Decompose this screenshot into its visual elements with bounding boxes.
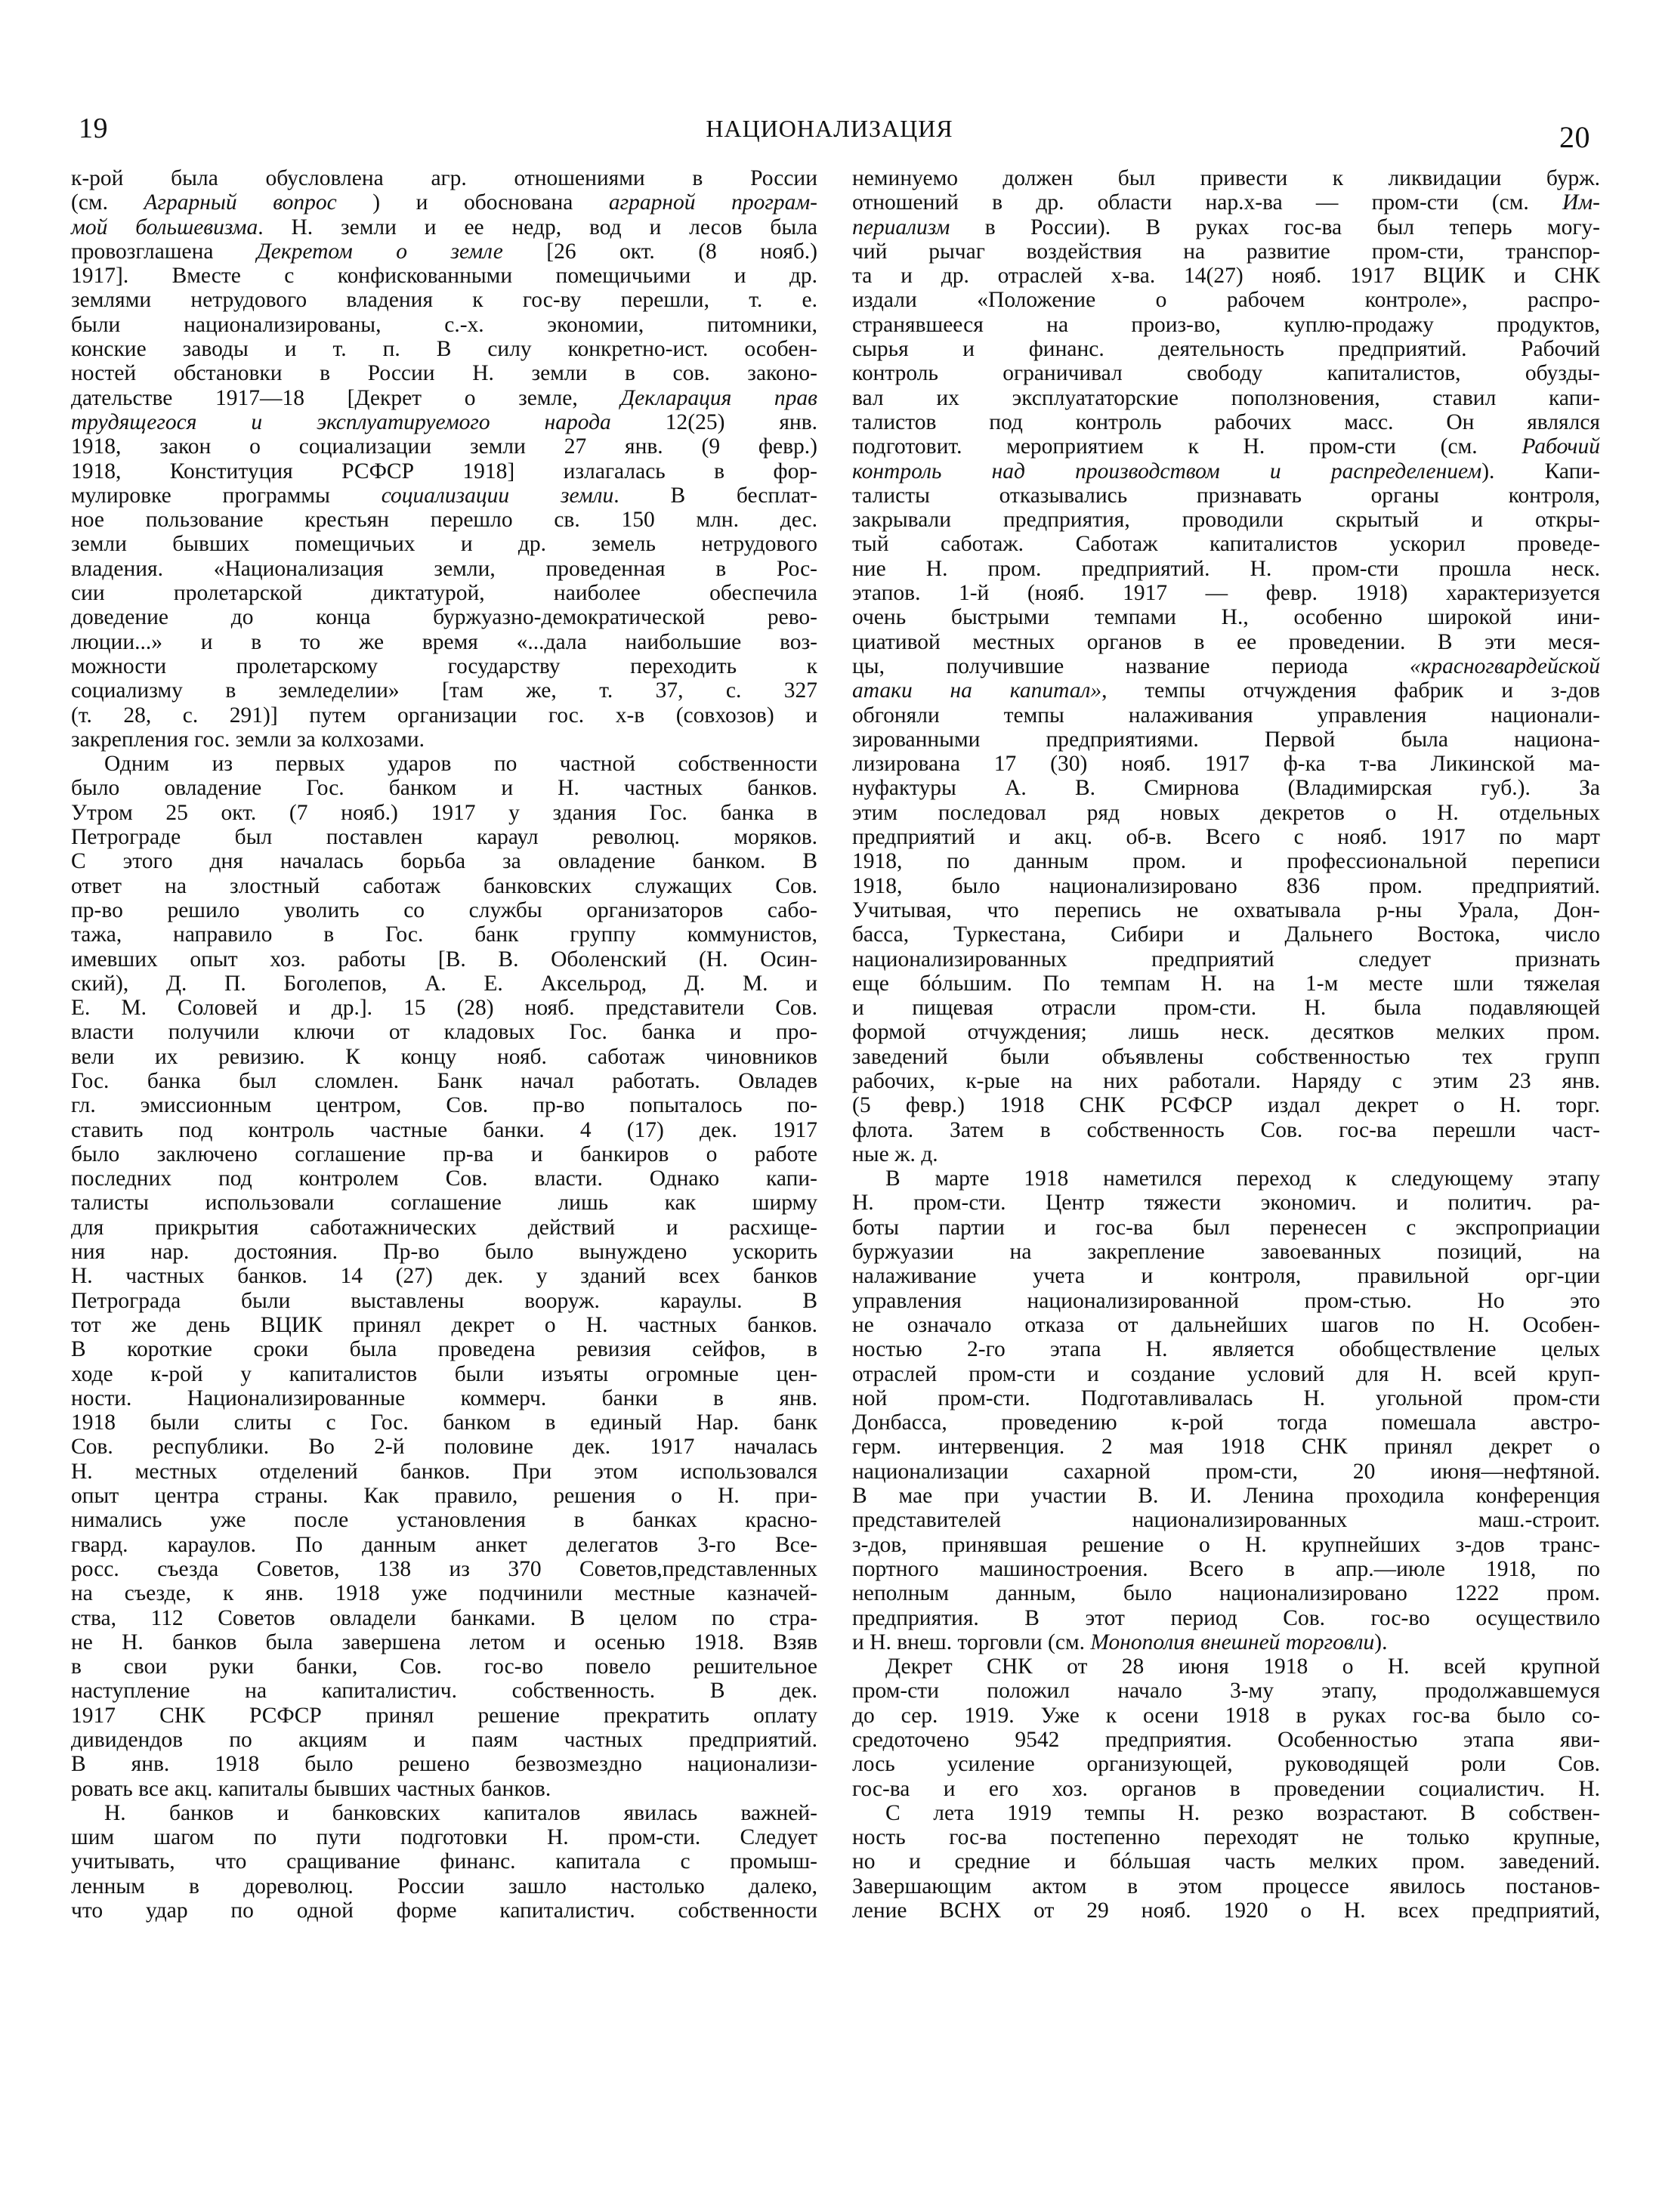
text-line: боты партии и гос-ва был перенесен с экс… xyxy=(852,1216,1600,1240)
text-line: шим шагом по пути подготовки Н. пром-сти… xyxy=(71,1825,817,1849)
text-line: но и средние и бóльшая часть мелких пром… xyxy=(852,1849,1600,1874)
text-line: в свои руки банки, Сов. гос-во повело ре… xyxy=(71,1654,817,1679)
text-line: закрепления гос. земли за колхозами. xyxy=(71,728,817,752)
text-line: Завершающим актом в этом процессе явилос… xyxy=(852,1874,1600,1898)
text-line: С этого дня началась борьба за овладение… xyxy=(71,849,817,873)
text-line: Гос. банка был сломлен. Банк начал работ… xyxy=(71,1069,817,1093)
text-line: контроль ограничивал свободу капиталисто… xyxy=(852,361,1600,385)
text-line: рабочих, к-рые на них работали. Наряду с… xyxy=(852,1069,1600,1093)
text-line: ные ж. д. xyxy=(852,1142,1600,1166)
text-line: и Н. внеш. торговли (см. Монополия внешн… xyxy=(852,1630,1600,1654)
text-line: предприятий и акц. об-в. Всего с нояб. 1… xyxy=(852,825,1600,849)
text-line: ния нар. достояния. Пр-во было вынуждено… xyxy=(71,1240,817,1264)
text-line: средоточено 9542 предприятия. Особенност… xyxy=(852,1728,1600,1752)
text-line: до сер. 1919. Уже к осени 1918 в руках г… xyxy=(852,1704,1600,1728)
text-line: ленным в дореволюц. России зашло настоль… xyxy=(71,1874,817,1898)
text-line: росс. съезда Советов, 138 из 370 Советов… xyxy=(71,1557,817,1581)
text-line: 1918 были слиты с Гос. банком в единый Н… xyxy=(71,1410,817,1435)
text-line: Донбасса, проведению к-рой тогда помешал… xyxy=(852,1410,1600,1435)
text-line: з-дов, принявшая решение о Н. крупнейших… xyxy=(852,1533,1600,1557)
text-line: Декрет СНК от 28 июня 1918 о Н. всей кру… xyxy=(852,1654,1600,1679)
text-line: неминуемо должен был привести к ликвидац… xyxy=(852,166,1600,190)
text-line: издали «Положение о рабочем контроле», р… xyxy=(852,288,1600,312)
text-line: 1918, по данным пром. и профессиональной… xyxy=(852,849,1600,873)
text-line: мой большевизма. Н. земли и ее недр, вод… xyxy=(71,215,817,239)
text-line: управления национализированной пром-стью… xyxy=(852,1289,1600,1313)
text-line: буржуазии на закрепление завоеванных поз… xyxy=(852,1240,1600,1264)
text-line: этапов. 1-й (нояб. 1917 — февр. 1918) ха… xyxy=(852,581,1600,605)
text-line: вал их эксплуататорские поползновения, с… xyxy=(852,386,1600,410)
text-line: люции...» и в то же время «...дала наибо… xyxy=(71,630,817,654)
text-line: трудящегося и эксплуатируемого народа 12… xyxy=(71,410,817,434)
text-line: ровать все акц. капиталы бывших частных … xyxy=(71,1777,817,1801)
text-line: контроль над производством и распределен… xyxy=(852,459,1600,483)
text-line: неполным данным, было национализировано … xyxy=(852,1581,1600,1605)
text-line: (т. 28, с. 291)] путем организации гос. … xyxy=(71,703,817,728)
text-line: можности пролетарскому государству перех… xyxy=(71,654,817,678)
text-line: Н. банков и банковских капиталов явилась… xyxy=(71,1801,817,1825)
text-line: имевших опыт хоз. работы [В. В. Оболенск… xyxy=(71,947,817,972)
text-line: периализм в России). В руках гос-ва был … xyxy=(852,215,1600,239)
text-line: флота. Затем в собственность Сов. гос-ва… xyxy=(852,1118,1600,1142)
text-line: сии пролетарской диктатурой, наиболее об… xyxy=(71,581,817,605)
text-line: ности. Национализированные коммерч. банк… xyxy=(71,1386,817,1410)
text-line: национализированных предприятий следует … xyxy=(852,947,1600,972)
text-line: мулировке программы социализации земли. … xyxy=(71,483,817,508)
text-line: ление ВСНХ от 29 нояб. 1920 о Н. всех пр… xyxy=(852,1898,1600,1923)
text-line: ходе к-рой у капиталистов были изъяты ог… xyxy=(71,1362,817,1386)
text-line: доведение до конца буржуазно-демократиче… xyxy=(71,605,817,629)
text-line: конские заводы и т. п. В силу конкретно-… xyxy=(71,337,817,361)
cross-reference-term: атаки на капитал» xyxy=(852,678,1101,703)
text-line: были национализированы, с.-х. экономии, … xyxy=(71,313,817,337)
text-line: Е. М. Соловей и др.]. 15 (28) нояб. пред… xyxy=(71,996,817,1020)
cross-reference-term: мой большевизма xyxy=(71,215,258,239)
text-line: Петрограде был поставлен караул революц.… xyxy=(71,825,817,849)
text-line: В короткие сроки была проведена ревизия … xyxy=(71,1337,817,1361)
text-line: ние Н. пром. предприятий. Н. пром-сти пр… xyxy=(852,557,1600,581)
text-line: налаживание учета и контроля, правильной… xyxy=(852,1264,1600,1288)
page-number-right: 20 xyxy=(1559,122,1590,153)
cross-reference-term: Декларация прав xyxy=(620,386,817,410)
text-line: (5 февр.) 1918 СНК РСФСР издал декрет о … xyxy=(852,1093,1600,1117)
text-line: цы, получившие название периода «красног… xyxy=(852,654,1600,678)
text-line: учитывать, что сращивание финанс. капита… xyxy=(71,1849,817,1874)
cross-reference-term: контроль над производством и распределен… xyxy=(852,459,1481,483)
text-line: этим последовал ряд новых декретов о Н. … xyxy=(852,801,1600,825)
text-line: ностью 2-го этапа Н. является обобществл… xyxy=(852,1337,1600,1361)
text-line: еще бóльшим. По темпам Н. на 1-м месте ш… xyxy=(852,972,1600,996)
text-line: дивидендов по акциям и паям частных пред… xyxy=(71,1728,817,1752)
text-line: к-рой была обусловлена агр. отношениями … xyxy=(71,166,817,190)
text-line: закрывали предприятия, проводили скрытый… xyxy=(852,508,1600,532)
text-line: власти получили ключи от кладовых Гос. б… xyxy=(71,1020,817,1044)
running-title: НАЦИОНАЛИЗАЦИЯ xyxy=(0,113,1659,144)
text-line: не Н. банков была завершена летом и осен… xyxy=(71,1630,817,1654)
text-line: Н. частных банков. 14 (27) дек. у зданий… xyxy=(71,1264,817,1288)
text-line: Одним из первых ударов по частной собств… xyxy=(71,752,817,776)
cross-reference-term: аграрной програм- xyxy=(609,190,817,215)
text-line: ное пользование крестьян перешло св. 150… xyxy=(71,508,817,532)
text-line: обгоняли темпы налаживания управления на… xyxy=(852,703,1600,728)
text-line: сырья и финанс. деятельность предприятий… xyxy=(852,337,1600,361)
text-line: пр-во решило уволить со службы организат… xyxy=(71,898,817,922)
text-line: земли бывших помещичьих и др. земель нет… xyxy=(71,532,817,556)
text-line: ответ на злостный саботаж банковских слу… xyxy=(71,874,817,898)
text-line: та и др. отраслей х-ва. 14(27) нояб. 191… xyxy=(852,264,1600,288)
text-line: портного машиностроения. Всего в апр.—ию… xyxy=(852,1557,1600,1581)
cross-reference-term: социализации земли xyxy=(382,483,614,508)
text-line: ства, 112 Советов овладели банками. В це… xyxy=(71,1606,817,1630)
text-line: басса, Туркестана, Сибири и Дальнего Вос… xyxy=(852,922,1600,947)
text-line: тот же день ВЦИК принял декрет о Н. част… xyxy=(71,1313,817,1337)
text-line: талистов под контроль рабочих масс. Он я… xyxy=(852,410,1600,434)
cross-reference-term: Им- xyxy=(1562,190,1600,215)
text-line: Утром 25 окт. (7 нояб.) 1917 у здания Го… xyxy=(71,801,817,825)
text-line: Учитывая, что перепись не охватывала р-н… xyxy=(852,898,1600,922)
text-line: В мае при участии В. И. Ленина проходила… xyxy=(852,1484,1600,1508)
cross-reference-term: «красногвардейской xyxy=(1410,654,1600,678)
text-line: на съезде, к янв. 1918 уже подчинили мес… xyxy=(71,1581,817,1605)
text-line: подготовит. мероприятием к Н. пром-сти (… xyxy=(852,434,1600,459)
text-line: опыт центра страны. Как правило, решения… xyxy=(71,1484,817,1508)
text-line: последних под контролем Сов. власти. Одн… xyxy=(71,1166,817,1191)
text-line: отношений в др. области нар.х-ва — пром-… xyxy=(852,190,1600,215)
text-line: пром-сти положил начало 3-му этапу, прод… xyxy=(852,1679,1600,1703)
text-line: отраслей пром-сти и создание условий для… xyxy=(852,1362,1600,1386)
text-line: лось усиление организующей, руководящей … xyxy=(852,1752,1600,1776)
text-line: С лета 1919 темпы Н. резко возрастают. В… xyxy=(852,1801,1600,1825)
text-line: было овладение Гос. банком и Н. частных … xyxy=(71,776,817,800)
text-line: атаки на капитал», темпы отчуждения фабр… xyxy=(852,678,1600,703)
text-line: гвард. караулов. По данным анкет делегат… xyxy=(71,1533,817,1557)
text-line: странявшееся на произ-во, куплю-продажу … xyxy=(852,313,1600,337)
cross-reference-term: Монополия внешней торговли xyxy=(1090,1630,1374,1654)
text-line: предприятия. В этот период Сов. гос-во о… xyxy=(852,1606,1600,1630)
cross-reference-term: Декретом о земле xyxy=(257,239,503,264)
text-line: тажа, направило в Гос. банк группу комму… xyxy=(71,922,817,947)
text-line: землями нетрудового владения к гос-ву пе… xyxy=(71,288,817,312)
text-line: нуфактуры А. В. Смирнова (Владимирская г… xyxy=(852,776,1600,800)
text-line: гл. эмиссионным центром, Сов. пр-во попы… xyxy=(71,1093,817,1117)
text-line: заведений были объявлены собственностью … xyxy=(852,1045,1600,1069)
text-line: национализации сахарной пром-сти, 20 июн… xyxy=(852,1460,1600,1484)
text-line: Петрограда были выставлены вооруж. карау… xyxy=(71,1289,817,1313)
text-line: талисты использовали соглашение лишь как… xyxy=(71,1191,817,1215)
text-line: вели их ревизию. К концу нояб. саботаж ч… xyxy=(71,1045,817,1069)
cross-reference-term: Рабочий xyxy=(1522,434,1600,459)
text-line: талисты отказывались признавать органы к… xyxy=(852,483,1600,508)
text-line: ной пром-сти. Подготавливалась Н. угольн… xyxy=(852,1386,1600,1410)
text-line: тый саботаж. Саботаж капиталистов ускори… xyxy=(852,532,1600,556)
text-line: ставить под контроль частные банки. 4 (1… xyxy=(71,1118,817,1142)
text-line: В марте 1918 наметился переход к следующ… xyxy=(852,1166,1600,1191)
text-line: лизирована 17 (30) нояб. 1917 ф-ка т-ва … xyxy=(852,752,1600,776)
cross-reference-term: Аграрный вопрос xyxy=(144,190,337,215)
cross-reference-term: периализм xyxy=(852,215,950,239)
text-line: социализму в земледелии» [там же, т. 37,… xyxy=(71,678,817,703)
text-line: что удар по одной форме капиталистич. со… xyxy=(71,1898,817,1923)
text-column-left: к-рой была обусловлена агр. отношениями … xyxy=(71,166,817,1923)
text-line: циативой местных органов в ее проведении… xyxy=(852,630,1600,654)
text-column-right: неминуемо должен был привести к ликвидац… xyxy=(852,166,1600,1923)
text-line: В янв. 1918 было решено безвозмездно нац… xyxy=(71,1752,817,1776)
text-line: представителей национализированных маш.-… xyxy=(852,1508,1600,1532)
text-line: ность гос-ва постепенно переходят не тол… xyxy=(852,1825,1600,1849)
text-line: герм. интервенция. 2 мая 1918 СНК принял… xyxy=(852,1435,1600,1459)
text-line: Сов. республики. Во 2-й половине дек. 19… xyxy=(71,1435,817,1459)
text-line: 1917]. Вместе с конфискованными помещичь… xyxy=(71,264,817,288)
text-line: и пищевая отрасли пром-сти. Н. была пода… xyxy=(852,996,1600,1020)
text-line: наступление на капиталистич. собственнос… xyxy=(71,1679,817,1703)
cross-reference-term: трудящегося и эксплуатируемого народа xyxy=(71,410,611,434)
text-line: ностей обстановки в России Н. земли в со… xyxy=(71,361,817,385)
text-line: Н. местных отделений банков. При этом ис… xyxy=(71,1460,817,1484)
text-line: не означало отказа от дальнейших шагов п… xyxy=(852,1313,1600,1337)
text-line: 1918, закон о социализации земли 27 янв.… xyxy=(71,434,817,459)
text-line: зированными предприятиями. Первой была н… xyxy=(852,728,1600,752)
text-line: провозглашена Декретом о земле [26 окт. … xyxy=(71,239,817,264)
text-line: гос-ва и его хоз. органов в проведении с… xyxy=(852,1777,1600,1801)
text-line: для прикрытия саботажнических действий и… xyxy=(71,1216,817,1240)
text-line: 1917 СНК РСФСР принял решение прекратить… xyxy=(71,1704,817,1728)
text-line: (см. Аграрный вопрос ) и обоснована агра… xyxy=(71,190,817,215)
text-line: владения. «Национализация земли, проведе… xyxy=(71,557,817,581)
text-line: формой отчуждения; лишь неск. десятков м… xyxy=(852,1020,1600,1044)
text-line: было заключено соглашение пр-ва и банкир… xyxy=(71,1142,817,1166)
text-line: чий рычаг воздействия на развитие пром-с… xyxy=(852,239,1600,264)
text-line: нимались уже после установления в банках… xyxy=(71,1508,817,1532)
text-line: 1918, Конституция РСФСР 1918] излагалась… xyxy=(71,459,817,483)
text-line: 1918, было национализировано 836 пром. п… xyxy=(852,874,1600,898)
text-line: дательстве 1917—18 [Декрет о земле, Декл… xyxy=(71,386,817,410)
text-line: Н. пром-сти. Центр тяжести экономич. и п… xyxy=(852,1191,1600,1215)
text-line: очень быстрыми темпами Н., особенно широ… xyxy=(852,605,1600,629)
text-line: ский), Д. П. Боголепов, А. Е. Аксельрод,… xyxy=(71,972,817,996)
